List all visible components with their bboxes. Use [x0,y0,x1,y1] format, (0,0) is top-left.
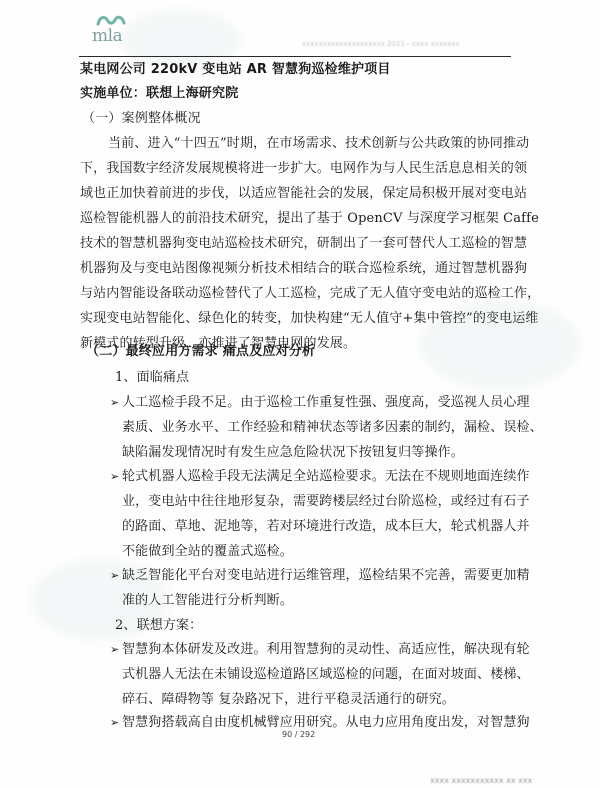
bullet-line: 准的人工智能进行分析判断。 [122,593,512,609]
header-note: xxxxxxxxxxxxxxxxxxxx 2021—xxxx xxxxxxx [302,40,512,48]
logo-mark-icon [96,14,126,26]
bullet-line: 式机器人无法在未铺设巡检道路区域巡检的问题，在面对坡面、楼梯、 [122,667,512,683]
bullet-line: 缺乏智能化平台对变电站进行运维管理，巡检结果不完善，需要更加精 [122,568,512,584]
paragraph-line: 技术的智慧机器狗变电站巡检技术研究，研制出了一套可替代人工巡检的智慧 [80,236,512,252]
bullet-arrow-icon: ➢ [110,643,119,656]
document-title: 某电网公司 220kV 变电站 AR 智慧狗巡检维护项目 [80,62,512,78]
section1-heading: （一）案例整体概况 [82,111,514,127]
bullet-line: 的路面、草地、泥地等，若对环境进行改造，成本巨大，轮式机器人并 [122,519,512,535]
bullet-line: 智慧狗搭载高自由度机械臂应用研究。从电力应用角度出发，对智慧狗 [122,715,512,731]
implementer: 实施单位：联想上海研究院 [80,86,512,102]
paragraph-line: 当前、进入“十四五”时期，在市场需求、技术创新与公共政策的协同推动 [108,136,540,152]
bullet-arrow-icon: ➢ [110,569,119,582]
sub2-heading: 2、联想方案： [115,618,547,634]
bullet-line: 碎石、障碍物等 复杂路况下，进行平稳灵活通行的研究。 [122,692,512,708]
logo: mla [92,12,132,52]
bullet-line: 业，变电站中往往地形复杂，需要跨楼层经过台阶巡检，或经过有石子 [122,494,512,510]
paragraph-line: 下，我国数字经济发展规模将进一步扩大。电网作为与人民生活息息相关的领 [80,161,512,177]
sub1-heading: 1、面临痛点 [115,370,547,386]
header-rule [79,56,511,57]
bullet-line: 不能做到全站的覆盖式巡检。 [122,544,512,560]
section2-heading: （二）最终应用方需求 痛点及应对分析 [86,344,518,360]
bullet-arrow-icon: ➢ [110,716,119,729]
watermark [120,10,240,70]
paragraph-line: 实现变电站智能化、绿色化的转变，加快构建“无人值守+集中管控”的变电运维 [80,311,512,327]
document-page: mla xxxxxxxxxxxxxxxxxxxx 2021—xxxx xxxxx… [0,0,600,788]
bullet-line: 智慧狗本体研发及改进。利用智慧狗的灵动性、高适应性，解决现有轮 [122,642,512,658]
logo-text: mla [92,26,122,46]
footer-note: xxxx xxxxxxxxxxx xx xxx [430,776,532,785]
bullet-line: 人工巡检手段不足。由于巡检工作重复性强、强度高，受巡视人员心理 [122,395,512,411]
bullet-arrow-icon: ➢ [110,470,119,483]
paragraph-line: 机器狗及与变电站图像视频分析技术相结合的联合巡检系统，通过智慧机器狗 [80,261,512,277]
page-indicator: 90 / 292 [282,730,315,739]
paragraph-line: 与站内智能设备联动巡检替代了人工巡检，完成了无人值守变电站的巡检工作， [80,286,512,302]
bullet-line: 缺陷漏发现情况时有发生应急危险状况下按钮复归等操作。 [122,445,512,461]
bullet-line: 轮式机器人巡检手段无法满足全站巡检要求。无法在不规则地面连续作 [122,469,512,485]
bullet-line: 素质、业务水平、工作经验和精神状态等诸多因素的制约，漏检、误检、 [122,420,512,436]
bullet-arrow-icon: ➢ [110,396,119,409]
paragraph-line: 域也正加快着前进的步伐，以适应智能社会的发展，保定局积极开展对变电站 [80,186,512,202]
paragraph-line: 巡检智能机器人的前沿技术研究，提出了基于 OpenCV 与深度学习框架 Caff… [80,211,512,227]
